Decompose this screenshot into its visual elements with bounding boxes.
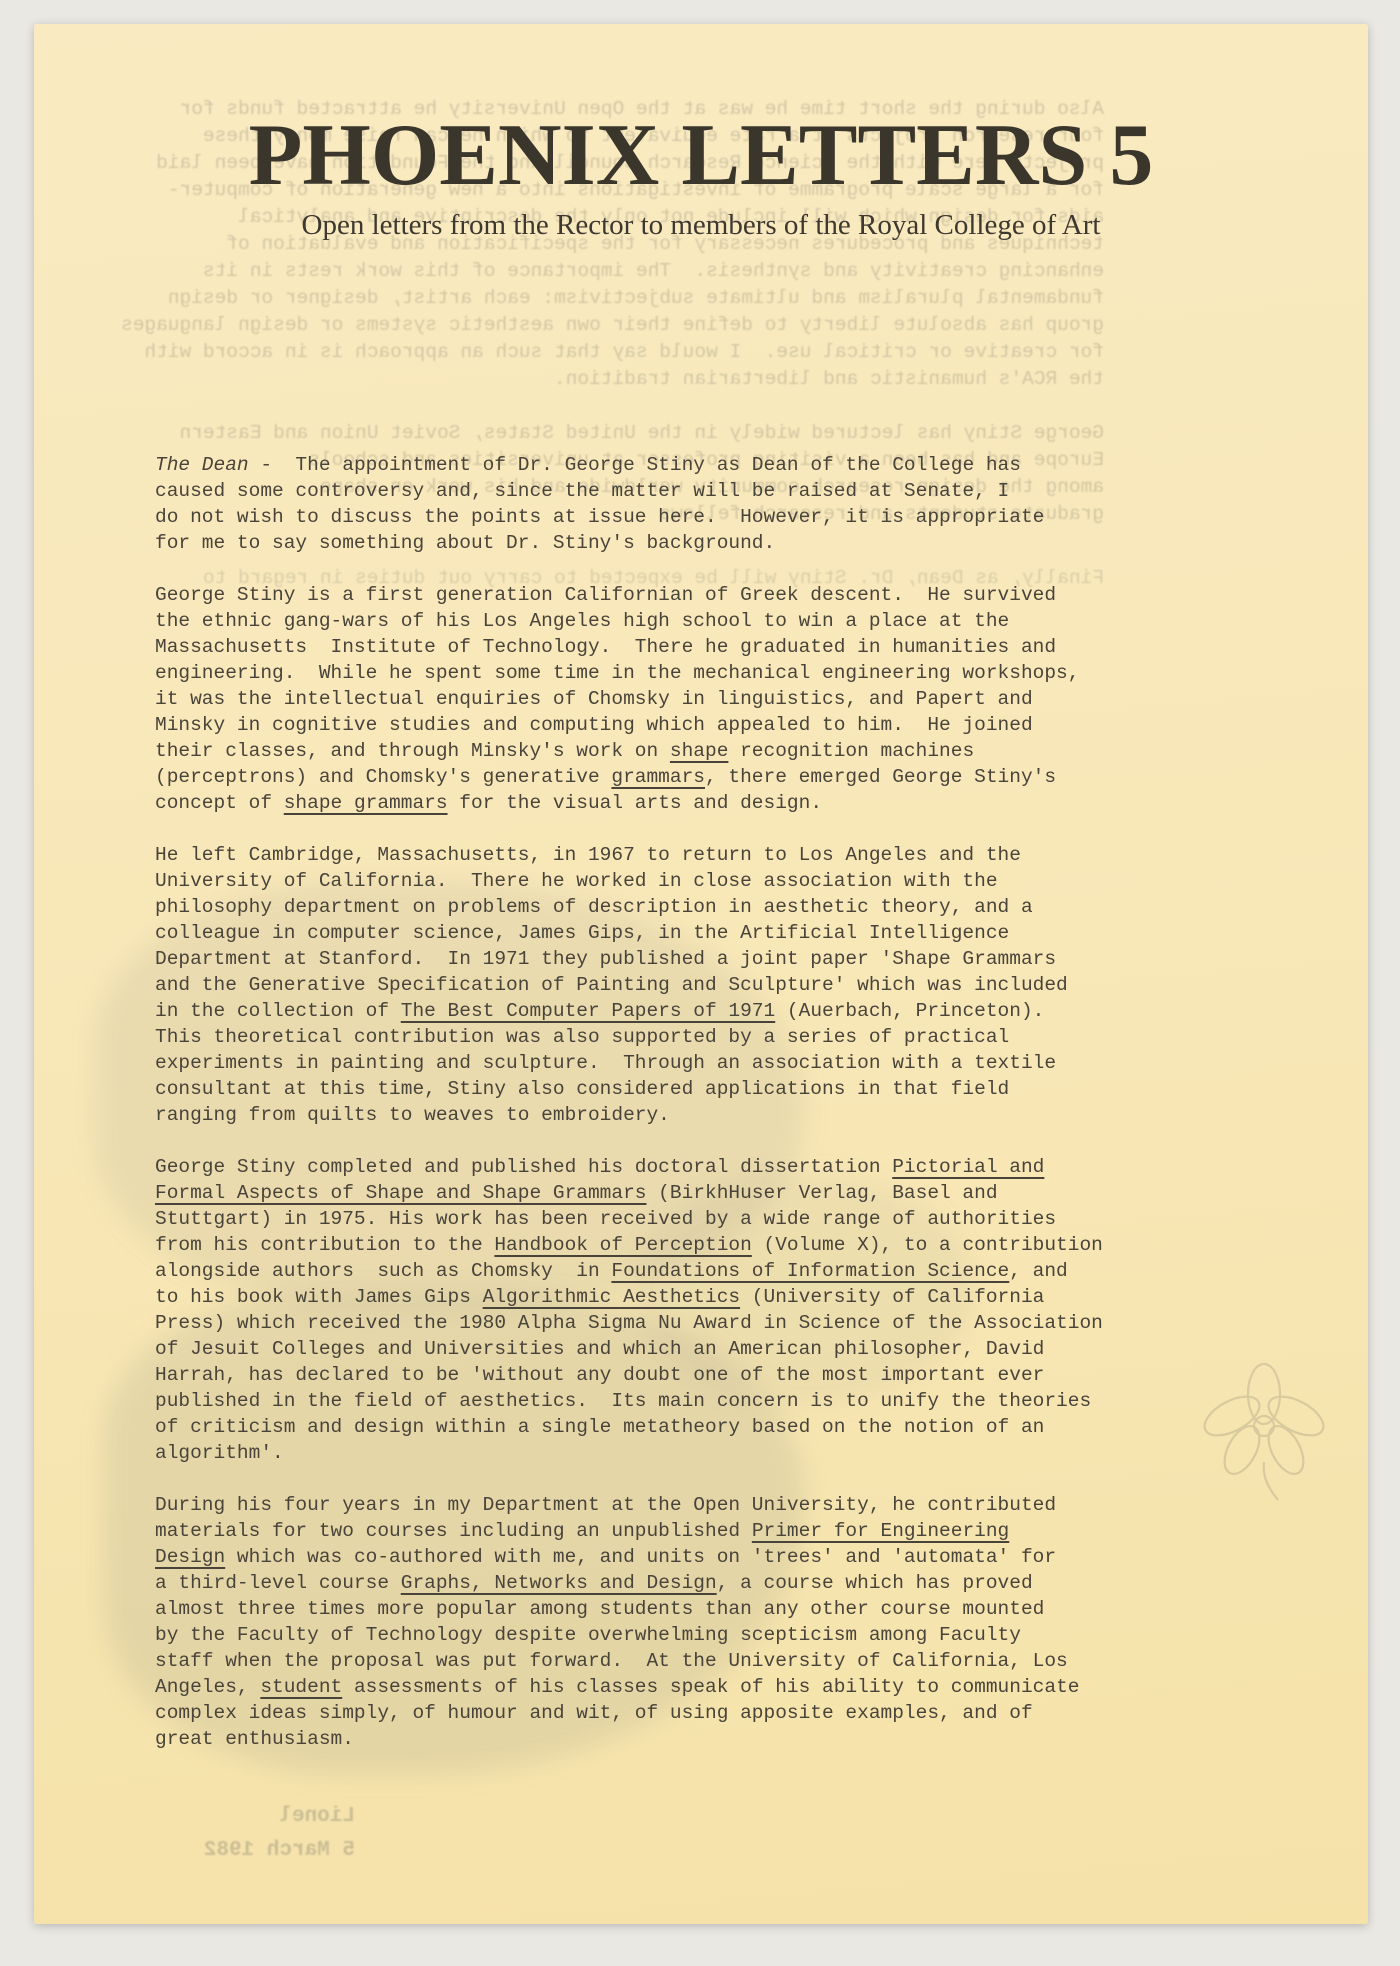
underlined-text: Handbook of Perception xyxy=(494,1234,751,1256)
underlined-text: The Best Computer Papers of 1971 xyxy=(401,1000,775,1022)
underlined-text: student xyxy=(260,1676,342,1698)
letter-body: The Dean - The appointment of Dr. George… xyxy=(155,452,1225,1752)
underlined-text: Algorithmic Aesthetics xyxy=(483,1286,740,1308)
body-text: George Stiny completed and published his… xyxy=(155,1156,892,1178)
body-paragraph: He left Cambridge, Massachusetts, in 196… xyxy=(155,842,1225,1128)
letter-page: Also during the short time he was at the… xyxy=(34,24,1368,1924)
bleedthrough-signature: Lionel 5 March 1982 xyxy=(95,1800,355,1868)
body-text: - The appointment of Dr. George Stiny as… xyxy=(155,454,1044,554)
body-text: for the visual arts and design. xyxy=(448,792,822,814)
underlined-text: Graphs, Networks and Design xyxy=(401,1572,717,1594)
body-paragraph: George Stiny completed and published his… xyxy=(155,1154,1225,1466)
scanned-letter: Also during the short time he was at the… xyxy=(0,0,1400,1966)
underlined-text: grammars xyxy=(611,766,705,788)
underlined-text: shape xyxy=(670,740,729,762)
body-text: George Stiny is a first generation Calif… xyxy=(155,584,1079,762)
body-text: (University of California Press) which r… xyxy=(155,1286,1103,1464)
body-paragraph: The Dean - The appointment of Dr. George… xyxy=(155,452,1225,556)
body-text: He left Cambridge, Massachusetts, in 196… xyxy=(155,844,1068,1022)
page-subtitle: Open letters from the Rector to members … xyxy=(34,209,1368,242)
underlined-text: Foundations of Information Science xyxy=(611,1260,1009,1282)
body-paragraph: During his four years in my Department a… xyxy=(155,1492,1225,1752)
page-title: PHOENIX LETTERS 5 xyxy=(34,112,1368,200)
body-paragraph: George Stiny is a first generation Calif… xyxy=(155,582,1225,816)
underlined-text: shape grammars xyxy=(284,792,448,814)
italic-lead-text: The Dean xyxy=(155,454,249,476)
